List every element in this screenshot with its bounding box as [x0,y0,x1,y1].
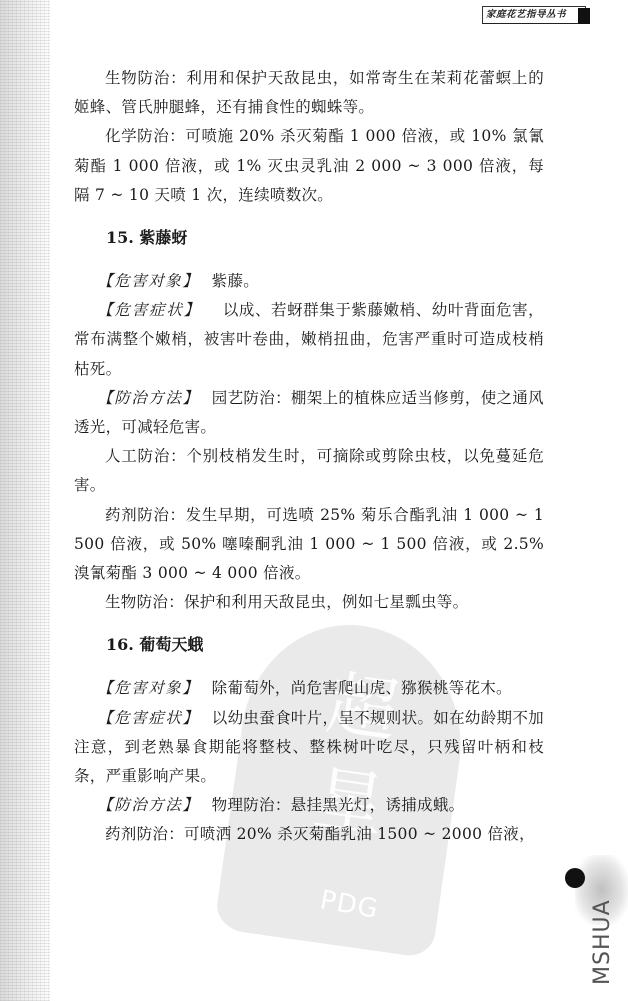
scan-edge-shadow [0,0,50,1001]
section-title-15: 15. 紫藤蚜 [74,223,544,252]
item-tag: 【危害症状】 [97,709,199,727]
item-text: 除葡萄外，尚危害爬山虎、猕猴桃等花木。 [212,679,512,697]
item-text: 紫藤。 [212,272,259,290]
item-harm-target: 【危害对象】紫藤。 [74,267,544,296]
item-tag: 【危害对象】 [97,272,199,290]
item-control-method: 【防治方法】园艺防治：棚架上的植株应适当修剪，使之通风透光，可减轻危害。 [74,384,544,442]
item-tag: 【危害症状】 [97,301,201,319]
running-header: 家庭花艺指导丛书 [482,6,586,24]
item-tag: 【防治方法】 [97,796,199,814]
paragraph: 药剂防治：发生早期，可选喷 25% 菊乐合酯乳油 1 000 ~ 1 500 倍… [74,501,544,589]
item-tag: 【防治方法】 [97,389,199,407]
item-harm-symptom: 【危害症状】以成、若蚜群集于紫藤嫩梢、幼叶背面危害，常布满整个嫩梢，被害叶卷曲，… [74,296,544,384]
item-harm-symptom: 【危害症状】以幼虫蚕食叶片，呈不规则状。如在幼龄期不加注意，到老熟暴食期能将整枝… [74,704,544,792]
section-title-16: 16. 葡萄天蛾 [74,630,544,659]
header-tab-block [578,8,590,24]
item-harm-target: 【危害对象】除葡萄外，尚危害爬山虎、猕猴桃等花木。 [74,674,544,703]
paragraph: 药剂防治：可喷洒 20% 杀灭菊酯乳油 1500 ~ 2000 倍液， [74,820,544,849]
page-body: 生物防治：利用和保护天敌昆虫，如常寄生在茉莉花蕾螟上的姬蜂、管氏肿腿蜂，还有捕食… [74,64,544,850]
item-control-method: 【防治方法】物理防治：悬挂黑光灯，诱捕成蛾。 [74,791,544,820]
series-title: 家庭花艺指导丛书 [486,9,566,20]
page-marker-dot [565,868,585,888]
paragraph: 人工防治：个别枝梢发生时，可摘除或剪除虫枝，以免蔓延危害。 [74,442,544,500]
item-text: 物理防治：悬挂黑光灯，诱捕成蛾。 [212,796,465,814]
paragraph: 化学防治：可喷施 20% 杀灭菊酯 1 000 倍液，或 10% 氯氰菊酯 1 … [74,122,544,210]
item-tag: 【危害对象】 [97,679,199,697]
paragraph: 生物防治：保护和利用天敌昆虫，例如七星瓢虫等。 [74,588,544,617]
paragraph: 生物防治：利用和保护天敌昆虫，如常寄生在茉莉花蕾螟上的姬蜂、管氏肿腿蜂，还有捕食… [74,64,544,122]
side-watermark-label: MSHUA [590,899,615,985]
